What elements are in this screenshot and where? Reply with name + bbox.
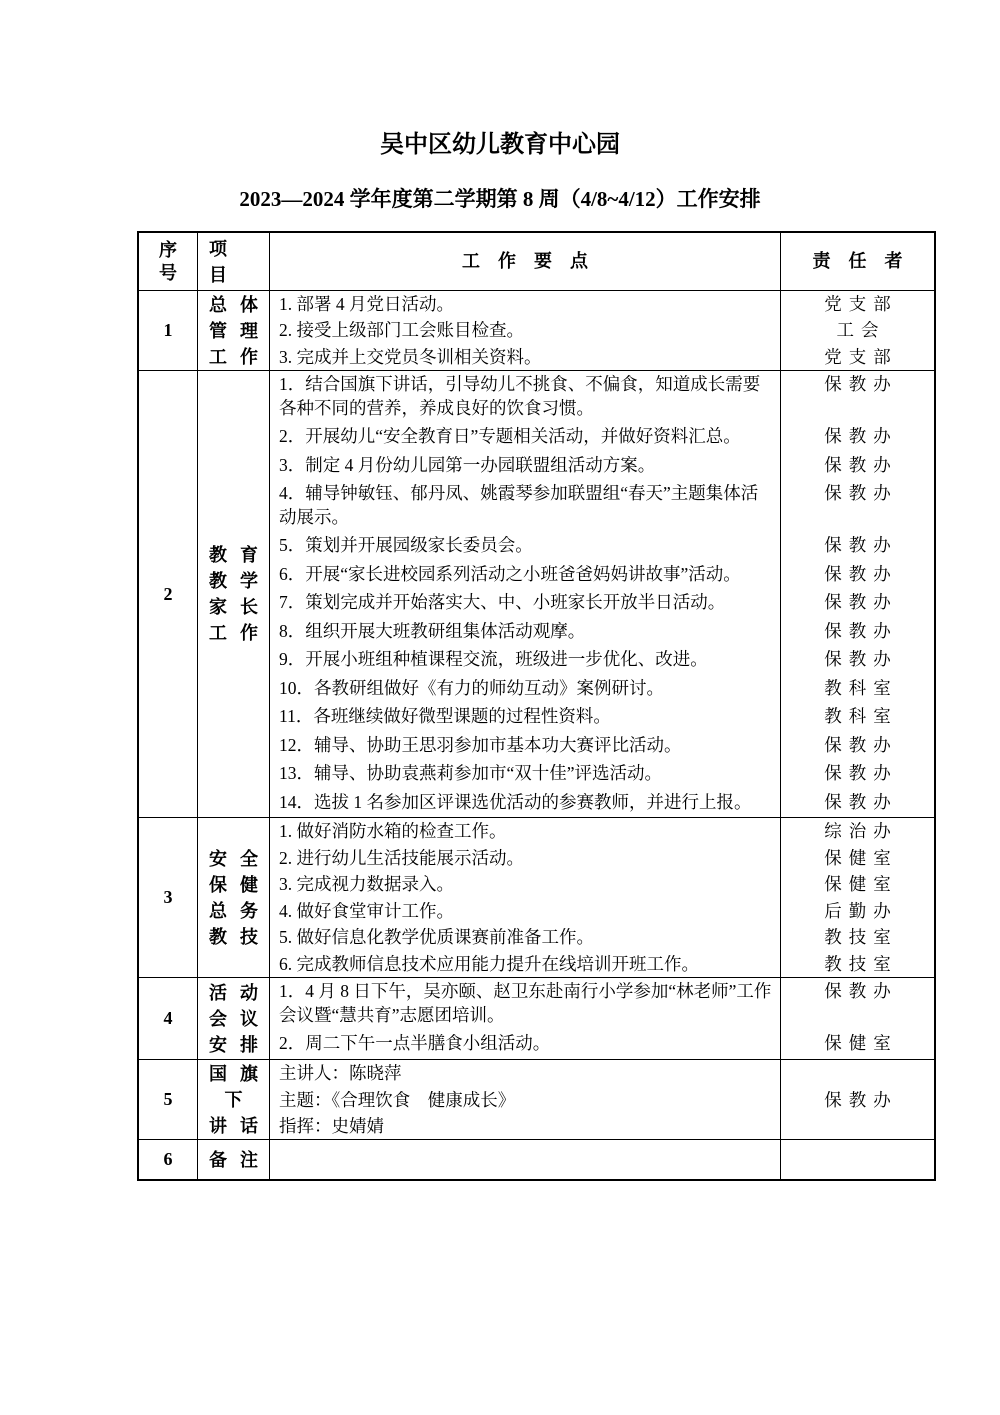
table-row: 1总体管理工作1. 部署 4 月党日活动。党支部2. 接受上级部门工会账目检查。… — [139, 290, 934, 370]
row-item-char: 体 — [240, 292, 258, 318]
work-entry: 3. 完成并上交党员冬训相关资料。党支部 — [270, 344, 934, 370]
row-item-char: 作 — [240, 344, 258, 370]
work-entry-owner: 保教办 — [780, 618, 934, 647]
row-item-label: 教育教学家长工作 — [198, 371, 270, 817]
work-entry-owner: 保教办 — [780, 452, 934, 481]
work-entries: 主讲人：陈晓萍主题：《合理饮食 健康成长》保教办指挥：史婧婧 — [270, 1060, 934, 1139]
work-entries: 1．结合国旗下讲话，引导幼儿不挑食、不偏食，知道成长需要各种不同的营养，养成良好… — [270, 371, 934, 817]
work-entry: 11．各班继续做好微型课题的过程性资料。教科室 — [270, 703, 934, 732]
row-item-char: 动 — [240, 980, 258, 1006]
row-item-line: 总体 — [209, 292, 258, 318]
document-subtitle: 2023—2024 学年度第二学期第 8 周（4/8~4/12）工作安排 — [0, 186, 1000, 212]
work-entry: 6．开展“家长进校园系列活动之小班爸爸妈妈讲故事”活动。保教办 — [270, 561, 934, 590]
row-item-char: 活 — [209, 980, 227, 1006]
work-entry-text: 12．辅导、协助王思羽参加市基本功大赛评比活动。 — [270, 732, 780, 761]
row-item-line: 备注 — [209, 1147, 258, 1173]
row-item-char: 备 — [209, 1147, 227, 1173]
work-entry-text: 4．辅导钟敏钰、郁丹凤、姚霞琴参加联盟组“春天”主题集体活动展示。 — [270, 480, 780, 532]
row-item-line: 国旗 — [209, 1061, 258, 1087]
work-entry-text: 3．制定 4 月份幼儿园第一办园联盟组活动方案。 — [270, 452, 780, 481]
work-entry-owner: 保教办 — [780, 760, 934, 789]
header-item-label: 项 目 — [198, 233, 270, 290]
row-seq: 1 — [139, 291, 198, 370]
work-entry-text: 2．周二下午一点半膳食小组活动。 — [270, 1030, 780, 1059]
row-item-char: 理 — [240, 318, 258, 344]
row-item-char: 管 — [209, 318, 227, 344]
row-item-char: 下 — [225, 1087, 243, 1113]
work-entry: 2. 接受上级部门工会账目检查。工会 — [270, 317, 934, 343]
work-entry-owner: 保教办 — [780, 978, 934, 1030]
work-entry: 10．各教研组做好《有力的师幼互动》案例研讨。教科室 — [270, 675, 934, 704]
work-entry: 1. 部署 4 月党日活动。党支部 — [270, 291, 934, 317]
work-entry: 7．策划完成并开始落实大、中、小班家长开放半日活动。保教办 — [270, 589, 934, 618]
work-entry: 1. 做好消防水箱的检查工作。综治办 — [270, 818, 934, 845]
row-item-label: 国旗下讲话 — [198, 1060, 270, 1139]
row-item-label: 备注 — [198, 1140, 270, 1179]
row-item-char: 健 — [240, 872, 258, 898]
work-entry: 2．周二下午一点半膳食小组活动。保健室 — [270, 1030, 934, 1059]
work-entry: 1．4 月 8 日下午，吴亦颐、赵卫东赴南行小学参加“林老师”工作会议暨“慧共育… — [270, 978, 934, 1030]
work-entry-text: 1. 部署 4 月党日活动。 — [270, 291, 780, 317]
table-row: 5国旗下讲话主讲人：陈晓萍主题：《合理饮食 健康成长》保教办指挥：史婧婧 — [139, 1059, 934, 1139]
work-entry-text: 1．4 月 8 日下午，吴亦颐、赵卫东赴南行小学参加“林老师”工作会议暨“慧共育… — [270, 978, 780, 1030]
work-entry — [270, 1140, 934, 1179]
header-points-label: 工 作 要 点 — [270, 233, 780, 290]
work-entry: 9．开展小班组种植课程交流，班级进一步优化、改进。保教办 — [270, 646, 934, 675]
work-entry: 指挥：史婧婧 — [270, 1113, 934, 1139]
work-entry: 2．开展幼儿“安全教育日”专题相关活动，并做好资料汇总。保教办 — [270, 423, 934, 452]
row-item-char: 全 — [240, 846, 258, 872]
row-item-line: 教育 — [209, 542, 258, 568]
work-entry: 主讲人：陈晓萍 — [270, 1060, 934, 1086]
table-row: 6备注 — [139, 1139, 934, 1179]
row-item-line: 下 — [209, 1087, 258, 1113]
row-seq: 5 — [139, 1060, 198, 1139]
row-item-line: 总务 — [209, 898, 258, 924]
work-entry-text: 6. 完成教师信息技术应用能力提升在线培训开班工作。 — [270, 951, 780, 978]
work-entry-owner: 保教办 — [780, 561, 934, 590]
header-seq-label: 序 号 — [139, 233, 198, 290]
work-entry-text: 11．各班继续做好微型课题的过程性资料。 — [270, 703, 780, 732]
row-item-char: 保 — [209, 872, 227, 898]
row-item-char: 工 — [209, 620, 227, 646]
work-entry-text: 指挥：史婧婧 — [270, 1113, 780, 1139]
table-row: 3安全保健总务教技1. 做好消防水箱的检查工作。综治办2. 进行幼儿生活技能展示… — [139, 817, 934, 977]
row-item-char: 总 — [209, 898, 227, 924]
row-item-line: 教学 — [209, 568, 258, 594]
work-entry-owner — [780, 1060, 934, 1086]
work-entry-text: 主讲人：陈晓萍 — [270, 1060, 780, 1086]
header-entry: 工 作 要 点 责 任 者 — [270, 233, 934, 290]
row-item-char: 会 — [209, 1006, 227, 1032]
work-entry: 12．辅导、协助王思羽参加市基本功大赛评比活动。保教办 — [270, 732, 934, 761]
work-entry: 5. 做好信息化教学优质课赛前准备工作。教技室 — [270, 924, 934, 951]
row-seq: 4 — [139, 978, 198, 1059]
work-entry: 3．制定 4 月份幼儿园第一办园联盟组活动方案。保教办 — [270, 452, 934, 481]
work-entry: 2. 进行幼儿生活技能展示活动。保健室 — [270, 845, 934, 872]
header-owner-label: 责 任 者 — [780, 233, 934, 290]
work-entry-owner: 教技室 — [780, 924, 934, 951]
row-item-char: 安 — [209, 846, 227, 872]
row-item-char: 育 — [240, 542, 258, 568]
work-entry-text: 13．辅导、协助袁燕莉参加市“双十佳”评选活动。 — [270, 760, 780, 789]
row-item-char: 安 — [209, 1032, 227, 1058]
work-entry-owner: 后勤办 — [780, 898, 934, 925]
work-entry-text: 8．组织开展大班教研组集体活动观摩。 — [270, 618, 780, 647]
work-entry: 8．组织开展大班教研组集体活动观摩。保教办 — [270, 618, 934, 647]
row-item-char: 议 — [240, 1006, 258, 1032]
work-entry-owner: 党支部 — [780, 344, 934, 370]
work-entry-owner: 教科室 — [780, 675, 934, 704]
work-entry-owner: 保教办 — [780, 423, 934, 452]
work-entry-text: 9．开展小班组种植课程交流，班级进一步优化、改进。 — [270, 646, 780, 675]
work-entry-text: 2．开展幼儿“安全教育日”专题相关活动，并做好资料汇总。 — [270, 423, 780, 452]
work-entry-owner: 保教办 — [780, 480, 934, 532]
work-entry-text: 1．结合国旗下讲话，引导幼儿不挑食、不偏食，知道成长需要各种不同的营养，养成良好… — [270, 371, 780, 423]
work-entry-owner: 保健室 — [780, 1030, 934, 1059]
work-entry: 主题：《合理饮食 健康成长》保教办 — [270, 1087, 934, 1113]
work-schedule-table: 序 号 项 目 工 作 要 点 责 任 者 1总体管理工作1. 部署 4 月党日… — [137, 231, 936, 1181]
row-item-char: 注 — [240, 1147, 258, 1173]
row-seq: 6 — [139, 1140, 198, 1179]
row-item-line: 教技 — [209, 924, 258, 950]
work-entry: 3. 完成视力数据录入。保健室 — [270, 871, 934, 898]
work-entry-text: 10．各教研组做好《有力的师幼互动》案例研讨。 — [270, 675, 780, 704]
work-entry-text: 6．开展“家长进校园系列活动之小班爸爸妈妈讲故事”活动。 — [270, 561, 780, 590]
work-entry-owner: 保教办 — [780, 789, 934, 818]
work-entry-text — [270, 1140, 780, 1179]
table-row: 2教育教学家长工作1．结合国旗下讲话，引导幼儿不挑食、不偏食，知道成长需要各种不… — [139, 370, 934, 817]
header-seq-line1: 序 — [159, 239, 177, 262]
work-entry-text: 14．选拔 1 名参加区评课选优活动的参赛教师，并进行上报。 — [270, 789, 780, 818]
row-item-char: 工 — [209, 344, 227, 370]
row-item-char: 长 — [240, 594, 258, 620]
row-item-line: 家长 — [209, 594, 258, 620]
row-item-char: 技 — [240, 924, 258, 950]
row-item-label: 总体管理工作 — [198, 291, 270, 370]
work-entry-owner: 党支部 — [780, 291, 934, 317]
row-seq: 2 — [139, 371, 198, 817]
work-entry-text: 主题：《合理饮食 健康成长》 — [270, 1087, 780, 1113]
work-entries: 1. 部署 4 月党日活动。党支部2. 接受上级部门工会账目检查。工会3. 完成… — [270, 291, 934, 370]
work-entry-owner — [780, 1113, 934, 1139]
row-item-line: 工作 — [209, 344, 258, 370]
work-entry-owner: 保教办 — [780, 371, 934, 423]
work-entry-text: 5. 做好信息化教学优质课赛前准备工作。 — [270, 924, 780, 951]
work-entry-owner: 综治办 — [780, 818, 934, 845]
work-entry-owner: 保健室 — [780, 871, 934, 898]
work-entries: 1. 做好消防水箱的检查工作。综治办2. 进行幼儿生活技能展示活动。保健室3. … — [270, 818, 934, 977]
document-page: 吴中区幼儿教育中心园 2023—2024 学年度第二学期第 8 周（4/8~4/… — [0, 0, 1000, 1415]
work-entry-owner: 保教办 — [780, 732, 934, 761]
work-entry: 4．辅导钟敏钰、郁丹凤、姚霞琴参加联盟组“春天”主题集体活动展示。保教办 — [270, 480, 934, 532]
work-entry-text: 7．策划完成并开始落实大、中、小班家长开放半日活动。 — [270, 589, 780, 618]
row-seq: 3 — [139, 818, 198, 977]
work-entry-owner — [780, 1140, 934, 1179]
header-entries: 工 作 要 点 责 任 者 — [270, 233, 934, 290]
row-item-line: 讲话 — [209, 1113, 258, 1139]
row-item-char: 旗 — [240, 1061, 258, 1087]
row-item-char: 家 — [209, 594, 227, 620]
work-entry-owner: 保教办 — [780, 589, 934, 618]
work-entries: 1．4 月 8 日下午，吴亦颐、赵卫东赴南行小学参加“林老师”工作会议暨“慧共育… — [270, 978, 934, 1059]
row-item-line: 安全 — [209, 846, 258, 872]
row-item-char: 总 — [209, 292, 227, 318]
row-item-char: 排 — [240, 1032, 258, 1058]
row-item-char: 讲 — [209, 1113, 227, 1139]
work-entry: 6. 完成教师信息技术应用能力提升在线培训开班工作。教技室 — [270, 951, 934, 978]
work-entry: 4. 做好食堂审计工作。后勤办 — [270, 898, 934, 925]
work-entry: 13．辅导、协助袁燕莉参加市“双十佳”评选活动。保教办 — [270, 760, 934, 789]
work-entry-owner: 保教办 — [780, 532, 934, 561]
work-entry-text: 3. 完成并上交党员冬训相关资料。 — [270, 344, 780, 370]
header-seq-line2: 号 — [159, 262, 177, 285]
table-row: 4活动会议安排1．4 月 8 日下午，吴亦颐、赵卫东赴南行小学参加“林老师”工作… — [139, 977, 934, 1059]
work-entry-owner: 保教办 — [780, 1087, 934, 1113]
table-body: 1总体管理工作1. 部署 4 月党日活动。党支部2. 接受上级部门工会账目检查。… — [139, 290, 934, 1179]
row-item-line: 保健 — [209, 872, 258, 898]
row-item-char: 教 — [209, 568, 227, 594]
row-item-label: 活动会议安排 — [198, 978, 270, 1059]
document-title: 吴中区幼儿教育中心园 — [0, 0, 1000, 160]
work-entry-text: 5．策划并开展园级家长委员会。 — [270, 532, 780, 561]
row-item-line: 会议 — [209, 1006, 258, 1032]
work-entry-text: 1. 做好消防水箱的检查工作。 — [270, 818, 780, 845]
work-entry-text: 3. 完成视力数据录入。 — [270, 871, 780, 898]
row-item-label: 安全保健总务教技 — [198, 818, 270, 977]
row-item-char: 国 — [209, 1061, 227, 1087]
row-item-char: 教 — [209, 924, 227, 950]
row-item-char: 作 — [240, 620, 258, 646]
row-item-char: 教 — [209, 542, 227, 568]
work-entry-owner: 教科室 — [780, 703, 934, 732]
work-entry: 1．结合国旗下讲话，引导幼儿不挑食、不偏食，知道成长需要各种不同的营养，养成良好… — [270, 371, 934, 423]
row-item-line: 活动 — [209, 980, 258, 1006]
work-entry: 5．策划并开展园级家长委员会。保教办 — [270, 532, 934, 561]
work-entry-text: 2. 接受上级部门工会账目检查。 — [270, 317, 780, 343]
work-entry-owner: 工会 — [780, 317, 934, 343]
table-header-row: 序 号 项 目 工 作 要 点 责 任 者 — [139, 233, 934, 290]
work-entry: 14．选拔 1 名参加区评课选优活动的参赛教师，并进行上报。保教办 — [270, 789, 934, 818]
work-entry-owner: 教技室 — [780, 951, 934, 978]
row-item-line: 安排 — [209, 1032, 258, 1058]
row-item-line: 工作 — [209, 620, 258, 646]
work-entry-owner: 保健室 — [780, 845, 934, 872]
work-entry-text: 2. 进行幼儿生活技能展示活动。 — [270, 845, 780, 872]
row-item-line: 管理 — [209, 318, 258, 344]
row-item-char: 话 — [240, 1113, 258, 1139]
work-entries — [270, 1140, 934, 1179]
row-item-char: 学 — [240, 568, 258, 594]
work-entry-owner: 保教办 — [780, 646, 934, 675]
work-entry-text: 4. 做好食堂审计工作。 — [270, 898, 780, 925]
row-item-char: 务 — [240, 898, 258, 924]
